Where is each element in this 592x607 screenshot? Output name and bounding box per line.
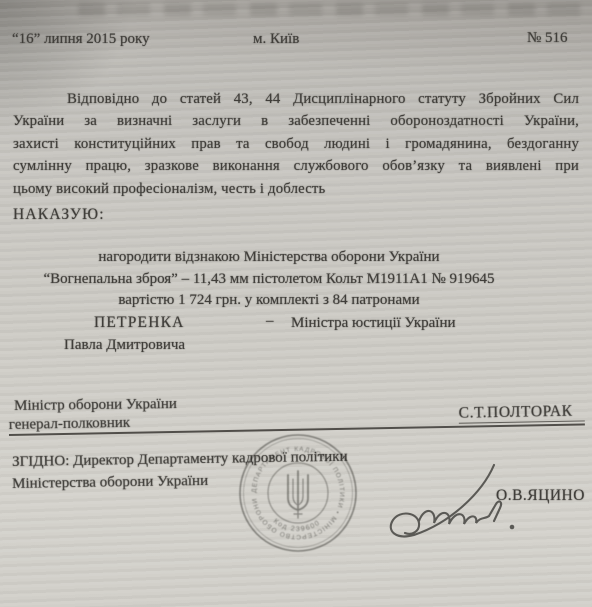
recipient-surname: ПЕТРЕНКА xyxy=(94,314,185,332)
scanned-order-document: “16” липня 2015 року м. Київ № 516 Відпо… xyxy=(0,0,592,607)
order-keyword: НАКАЗУЮ: xyxy=(13,206,105,224)
award-block: нагородити відзнакою Міністерства оборон… xyxy=(0,247,538,312)
recipient-name: Павла Дмитровича xyxy=(64,337,185,354)
bleedthrough-smudge xyxy=(78,3,582,16)
trident-icon xyxy=(288,471,308,518)
intro-paragraph: Відповідно до статей 43, 44 Дисциплінарн… xyxy=(13,88,579,200)
order-date: “16” липня 2015 року xyxy=(12,31,150,48)
award-line: вартістю 1 724 грн. у комплекті з 84 пат… xyxy=(0,290,538,312)
intro-line: України за визначні заслуги в забезпечен… xyxy=(13,110,579,132)
minister-signature-name: С.Т.ПОЛТОРАК xyxy=(459,402,585,423)
recipient-title: Міністра юстиції України xyxy=(291,315,456,332)
intro-line: сумлінну працю, зразкове виконання служб… xyxy=(13,155,579,177)
order-number: № 516 xyxy=(527,30,568,47)
minister-rank-line: генерал-полковник xyxy=(9,415,131,434)
recipient-dash: – xyxy=(266,313,274,330)
intro-line: Відповідно до статей 43, 44 Дисциплінарн… xyxy=(13,88,579,110)
intro-line: захисті конституційних прав та свобод лю… xyxy=(13,133,579,155)
intro-line: цьому високий професіоналізм, честь і до… xyxy=(13,178,579,200)
award-line: нагородити відзнакою Міністерства оборон… xyxy=(0,247,538,269)
approval-line-2: Міністерства оборони України xyxy=(12,473,208,493)
handwritten-signature xyxy=(322,455,532,550)
award-line: “Вогнепальна зброя” – 11,43 мм пістолето… xyxy=(0,269,538,291)
order-city: м. Київ xyxy=(253,31,299,48)
